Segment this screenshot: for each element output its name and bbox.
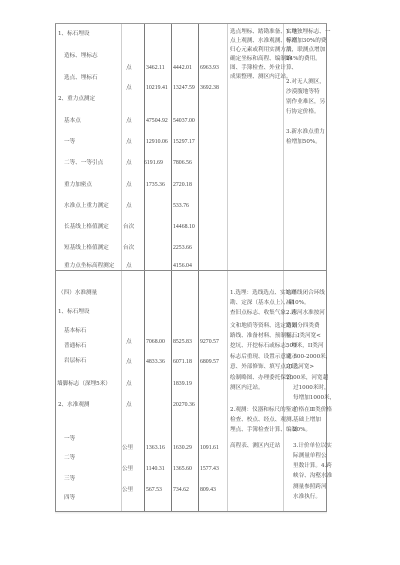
price-2: 13247.59 xyxy=(173,84,195,92)
item-label: 水准点上重力测定 xyxy=(64,202,109,210)
col-divider-notes xyxy=(283,24,284,511)
item-label: 二等 xyxy=(64,454,75,462)
price-3: 6963.93 xyxy=(200,64,219,72)
price-2: 1630.29 xyxy=(173,444,192,452)
unit-cell: 点 xyxy=(126,181,132,189)
price-3: 809.43 xyxy=(200,486,216,494)
price-2: 734.62 xyxy=(173,486,189,494)
unit-cell: 点 xyxy=(126,117,132,125)
price-2: 8525.83 xyxy=(173,338,192,346)
item-label: 普通标石 xyxy=(64,342,86,350)
unit-cell: 公里 xyxy=(122,465,133,473)
item-label: 重力点坐标高程测定 xyxy=(64,262,114,270)
price-2: 7806.56 xyxy=(173,159,192,167)
price-2: 54037.00 xyxy=(173,117,195,125)
unit-cell: 台次 xyxy=(123,244,134,252)
table-bottom-shadow xyxy=(55,512,327,514)
price-1: 6191.69 xyxy=(144,159,163,167)
item-label: 墙脚标志（深埋5米） xyxy=(57,380,111,388)
item-label: 一等 xyxy=(64,435,75,443)
unit-cell: 点 xyxy=(126,159,132,167)
unit-cell: 公里 xyxy=(122,486,133,494)
price-2: 14468.10 xyxy=(173,223,195,231)
col-divider-price2 xyxy=(171,24,172,511)
price-3: 9270.57 xyxy=(200,338,219,346)
price-1: 4833.36 xyxy=(146,358,165,366)
item-label: 选点、埋标石 xyxy=(64,74,98,82)
item-label: 短基线上格值测定 xyxy=(64,244,109,252)
item-label: 岩层标石 xyxy=(64,357,86,365)
item-label: 1、标石埋设 xyxy=(58,308,90,316)
price-2: 533.76 xyxy=(173,202,189,210)
price-1: 47504.92 xyxy=(146,117,168,125)
unit-cell: 点 xyxy=(126,380,132,388)
col-divider-price3 xyxy=(198,24,199,511)
col-divider-unit xyxy=(121,24,122,511)
item-label: 二等、一等引点 xyxy=(64,159,103,167)
unit-cell: 点 xyxy=(126,338,132,346)
price-2: 15297.17 xyxy=(173,138,195,146)
item-label: 造标、埋标志 xyxy=(64,52,98,60)
item-label: 长基线上格值测定 xyxy=(64,223,109,231)
price-1: 12910.06 xyxy=(146,138,168,146)
unit-cell: 点 xyxy=(126,64,132,72)
price-2: 2253.66 xyxy=(173,244,192,252)
unit-cell: 点 xyxy=(126,84,132,92)
price-1: 1363.16 xyxy=(146,444,165,452)
col-divider-price1 xyxy=(144,24,145,511)
item-label: （四）水准测量 xyxy=(58,289,97,297)
price-table: 1、标石埋设 造标、埋标志 选点、埋标石 2、重力点测定 基本点 一等 二等、一… xyxy=(55,24,327,512)
price-2: 4442.01 xyxy=(173,64,192,72)
col-divider-work xyxy=(227,24,228,511)
price-2: 2720.18 xyxy=(173,181,192,189)
price-1: 7068.00 xyxy=(146,338,165,346)
item-label: 基本点 xyxy=(64,117,81,125)
price-2: 20270.36 xyxy=(173,401,195,409)
price-1: 1735.36 xyxy=(146,181,165,189)
unit-cell: 台次 xyxy=(123,223,134,231)
item-label: 三等 xyxy=(64,475,75,483)
item-label: 2、重力点测定 xyxy=(58,95,95,103)
unit-cell: 点 xyxy=(126,138,132,146)
price-1: 3462.11 xyxy=(146,64,165,72)
price-1: 1140.31 xyxy=(146,465,165,473)
item-label: 2、水准观测 xyxy=(58,401,90,409)
item-label: 1、标石埋设 xyxy=(58,30,90,38)
unit-cell: 点 xyxy=(126,202,132,210)
item-label: 重力加密点 xyxy=(64,181,92,189)
item-label: 四等 xyxy=(64,494,75,502)
price-1: 567.53 xyxy=(146,486,162,494)
price-2: 4156.04 xyxy=(173,262,192,270)
unit-cell: 点 xyxy=(126,262,132,270)
price-2: 6071.18 xyxy=(173,358,192,366)
price-3: 1577.43 xyxy=(200,465,219,473)
price-1: 10219.41 xyxy=(146,84,168,92)
unit-cell: 点 xyxy=(126,358,132,366)
price-3: 6809.57 xyxy=(200,358,219,366)
item-label: 基本标石 xyxy=(64,327,86,335)
price-2: 1839.19 xyxy=(173,380,192,388)
section-divider xyxy=(56,270,326,271)
item-label: 一等 xyxy=(64,138,75,146)
unit-cell: 点 xyxy=(126,401,132,409)
price-3: 1091.61 xyxy=(200,444,219,452)
price-3: 3692.38 xyxy=(200,84,219,92)
unit-cell: 公里 xyxy=(122,444,133,452)
price-2: 1365.60 xyxy=(173,465,192,473)
